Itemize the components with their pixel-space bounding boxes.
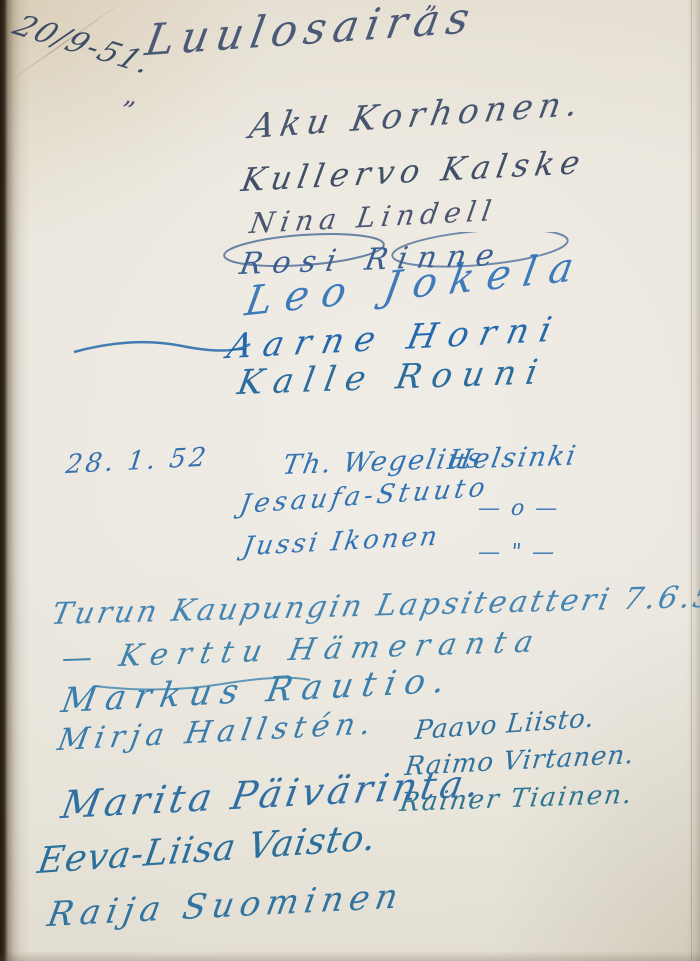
ditto-mark-2: — " — [477,542,557,564]
signature-nina-lindell: Nina Lindell [248,197,499,238]
signature-eeva-liisa-vaisto: Eeva-Liisa Vaisto. [35,820,379,880]
title-open-quote: „ [122,82,139,110]
title-close-quote: ” [423,2,438,27]
guestbook-page: 20/9-51. „ Luulosairas ” Aku Korhonen. K… [0,0,700,961]
signature-aku-korhonen: Aku Korhonen. [247,86,586,144]
ditto-mark-1: — o — [477,498,561,520]
page-bottom-shadow [0,951,700,961]
place-helsinki: Helsinki [446,442,580,474]
entry-heading-turku-1952: Turun Kaupungin Lapsiteatteri 7.6.52 [49,582,700,630]
signature-illegible: Jesaufa-Stuuto [238,474,491,518]
page-gutter-edge [0,0,30,961]
signature-kerttu-hameranta: — Kerttu Hämeranta [59,627,545,674]
page-right-edge [686,0,700,961]
entry-date-1952-jan: 28. 1. 52 [64,444,210,478]
signature-raija-suominen: Raija Suominen [45,879,406,932]
signature-jussi-ikonen: Jussi Ikonen [241,524,442,561]
signature-kalle-rouni: Kalle Rouni [235,355,550,400]
page-edge-line [691,0,692,961]
signature-paavo-liisto: Paavo Liisto. [414,705,596,744]
signature-kullervo-kalske: Kullervo Kalske [239,146,588,196]
entry-date-1951: 20/9-51. [8,12,160,79]
